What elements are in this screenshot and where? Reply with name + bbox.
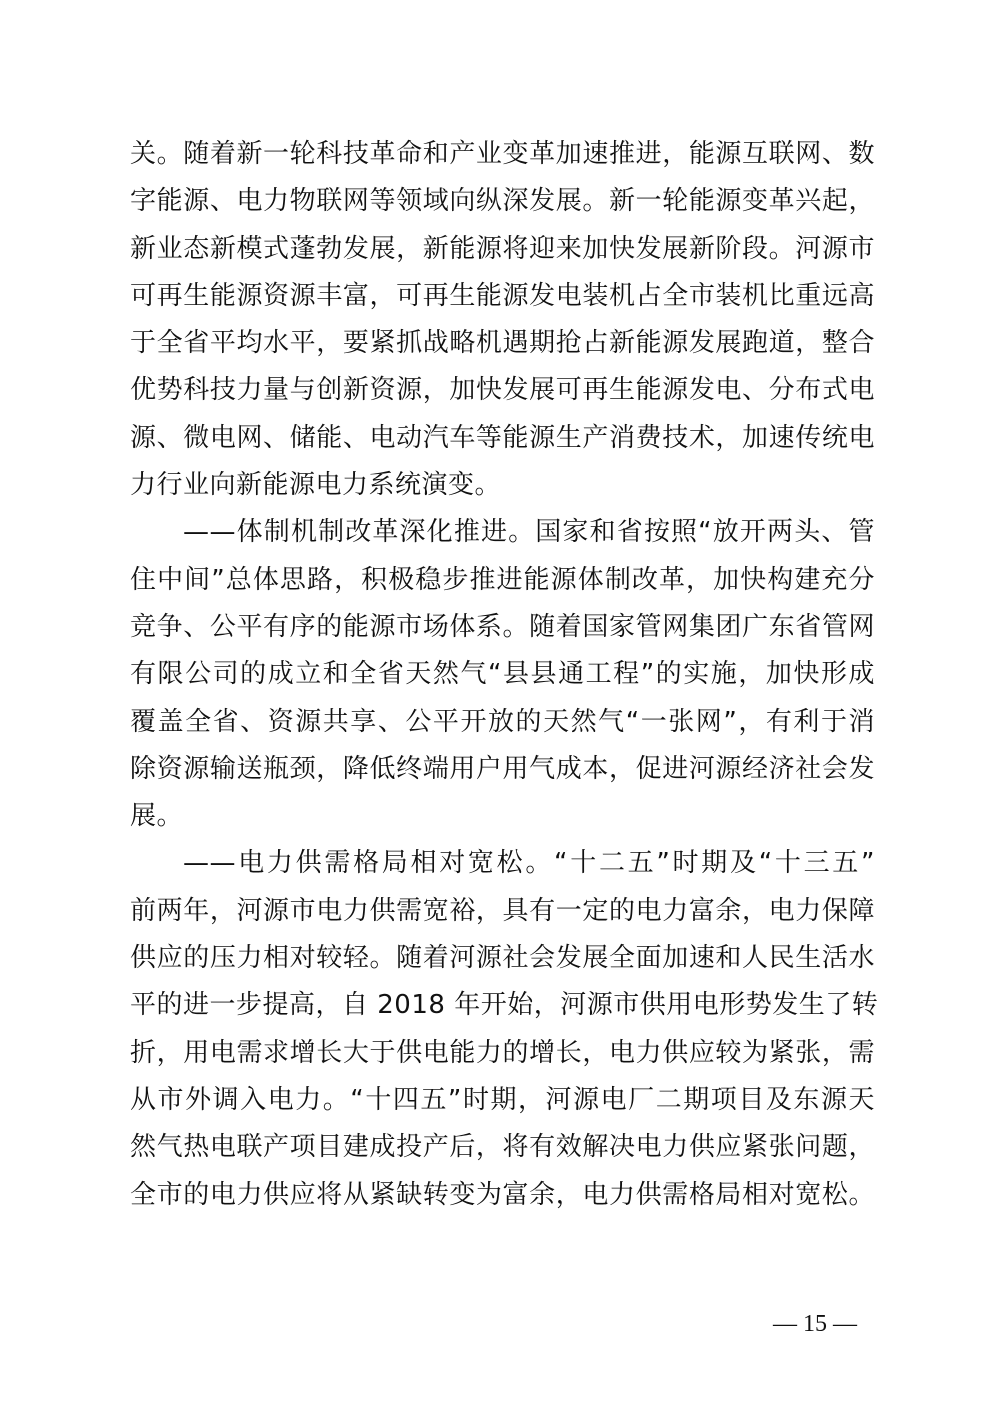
text-line: 住中间”总体思路，积极稳步推进能源体制改革，加快构建充分 bbox=[130, 557, 875, 604]
text-line: 优势科技力量与创新资源，加快发展可再生能源发电、分布式电 bbox=[130, 367, 875, 414]
text-line: 除资源输送瓶颈，降低终端用户用气成本，促进河源经济社会发 bbox=[130, 746, 875, 793]
text-line: ——体制机制改革深化推进。国家和省按照“放开两头、管 bbox=[130, 509, 875, 556]
text-line: 关。随着新一轮科技革命和产业变革加速推进，能源互联网、数 bbox=[130, 131, 875, 178]
text-line: 然气热电联产项目建成投产后，将有效解决电力供应紧张问题， bbox=[130, 1124, 875, 1171]
text-line: 字能源、电力物联网等领域向纵深发展。新一轮能源变革兴起， bbox=[130, 178, 875, 225]
text-line: 源、微电网、储能、电动汽车等能源生产消费技术，加速传统电 bbox=[130, 415, 875, 462]
text-line: 于全省平均水平，要紧抓战略机遇期抢占新能源发展跑道，整合 bbox=[130, 320, 875, 367]
text-line: 全市的电力供应将从紧缺转变为富余，电力供需格局相对宽松。 bbox=[130, 1172, 875, 1219]
text-line: 有限公司的成立和全省天然气“县县通工程”的实施，加快形成 bbox=[130, 651, 875, 698]
text-line: 平的进一步提高，自 2018 年开始，河源市供用电形势发生了转 bbox=[130, 982, 875, 1029]
paragraph-institutional-reform: ——体制机制改革深化推进。国家和省按照“放开两头、管 住中间”总体思路，积极稳步… bbox=[130, 509, 875, 840]
text-line: 力行业向新能源电力系统演变。 bbox=[130, 462, 875, 509]
page-number: — 15 — bbox=[760, 1311, 870, 1338]
text-line: 从市外调入电力。“十四五”时期，河源电厂二期项目及东源天 bbox=[130, 1077, 875, 1124]
paragraph-power-supply: ——电力供需格局相对宽松。“十二五”时期及“十三五” 前两年，河源市电力供需宽裕… bbox=[130, 840, 875, 1218]
text-line: 前两年，河源市电力供需宽裕，具有一定的电力富余，电力保障 bbox=[130, 888, 875, 935]
text-line: ——电力供需格局相对宽松。“十二五”时期及“十三五” bbox=[130, 840, 875, 887]
paragraph-renewable-energy: 关。随着新一轮科技革命和产业变革加速推进，能源互联网、数 字能源、电力物联网等领… bbox=[130, 131, 875, 509]
text-line: 展。 bbox=[130, 793, 875, 840]
text-line: 竞争、公平有序的能源市场体系。随着国家管网集团广东省管网 bbox=[130, 604, 875, 651]
document-page: 关。随着新一轮科技革命和产业变革加速推进，能源互联网、数 字能源、电力物联网等领… bbox=[0, 0, 1000, 1414]
text-line: 可再生能源资源丰富，可再生能源发电装机占全市装机比重远高 bbox=[130, 273, 875, 320]
text-line: 折，用电需求增长大于供电能力的增长，电力供应较为紧张，需 bbox=[130, 1030, 875, 1077]
body-text: 关。随着新一轮科技革命和产业变革加速推进，能源互联网、数 字能源、电力物联网等领… bbox=[130, 131, 875, 1219]
text-line: 供应的压力相对较轻。随着河源社会发展全面加速和人民生活水 bbox=[130, 935, 875, 982]
text-line: 新业态新模式蓬勃发展，新能源将迎来加快发展新阶段。河源市 bbox=[130, 226, 875, 273]
text-line: 覆盖全省、资源共享、公平开放的天然气“一张网”，有利于消 bbox=[130, 699, 875, 746]
